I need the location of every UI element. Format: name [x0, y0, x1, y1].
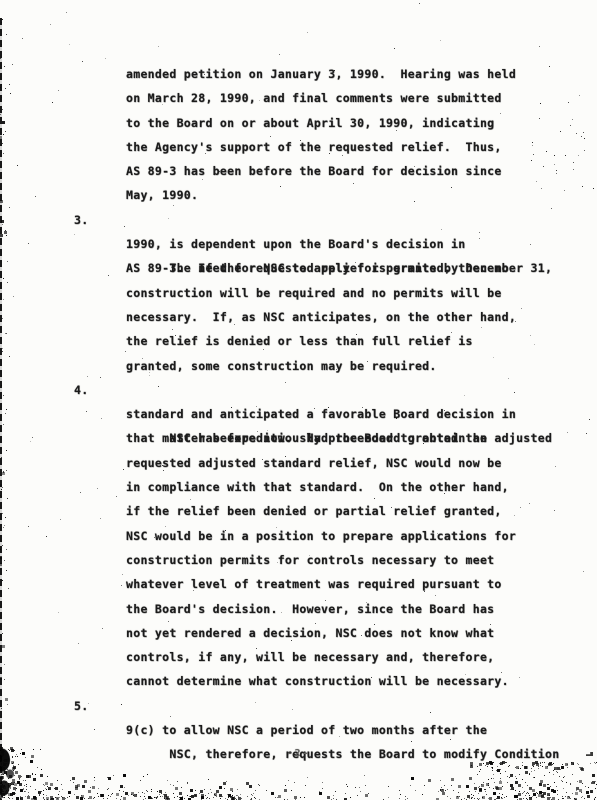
text-line: 3. The need for NSC to apply for permits… — [126, 208, 546, 232]
text-line: AS 89-3 has been before the Board for de… — [126, 159, 546, 183]
text-line: 4. NSC has expeditiously proceeded to ob… — [126, 378, 546, 402]
text-line: in compliance with that standard. On the… — [126, 475, 546, 499]
text-line: the Board's decision. However, since the… — [126, 597, 546, 621]
text-line: May, 1990. — [126, 183, 546, 207]
text-line: cannot determine what construction will … — [126, 669, 546, 693]
text-line: standard and anticipated a favorable Boa… — [126, 402, 546, 426]
text-line: the relief is denied or less than full r… — [126, 329, 546, 353]
text-line: on March 28, 1990, and final comments we… — [126, 86, 546, 110]
text-line: construction permits for controls necess… — [126, 548, 546, 572]
typewritten-body: amended petition on January 3, 1990. Hea… — [126, 62, 546, 742]
text-line: NSC would be in a position to prepare ap… — [126, 524, 546, 548]
page-number-footer: -2- — [0, 746, 597, 762]
text-line: 1990, is dependent upon the Board's deci… — [126, 232, 546, 256]
text-line: if the relief been denied or partial rel… — [126, 499, 546, 523]
text-line: controls, if any, will be necessary and,… — [126, 645, 546, 669]
text-line: 5. NSC, therefore, requests the Board to… — [126, 694, 546, 718]
text-line: 9(c) to allow NSC a period of two months… — [126, 718, 546, 742]
text-line: not yet rendered a decision, NSC does no… — [126, 621, 546, 645]
scanned-page: amended petition on January 3, 1990. Hea… — [0, 0, 597, 800]
text-line: whatever level of treatment was required… — [126, 572, 546, 596]
text-line: necessary. If, as NSC anticipates, on th… — [126, 305, 546, 329]
text-line: the Agency's support of the requested re… — [126, 135, 546, 159]
text-line: that matter before now. Had the Board gr… — [126, 426, 546, 450]
text-line: construction will be required and no per… — [126, 281, 546, 305]
paragraph-number: 3. — [74, 208, 88, 232]
paragraph-number: 4. — [74, 378, 88, 402]
left-edge-scan-artifact — [0, 18, 2, 800]
text-line: requested adjusted standard relief, NSC … — [126, 451, 546, 475]
text-line: amended petition on January 3, 1990. Hea… — [126, 62, 546, 86]
text-line: granted, some construction may be requir… — [126, 354, 546, 378]
text-line: to the Board on or about April 30, 1990,… — [126, 111, 546, 135]
text-line: AS 89-3. If the requested relief is gran… — [126, 256, 546, 280]
speckle-dots — [0, 0, 1, 1]
paragraph-number: 5. — [74, 694, 88, 718]
